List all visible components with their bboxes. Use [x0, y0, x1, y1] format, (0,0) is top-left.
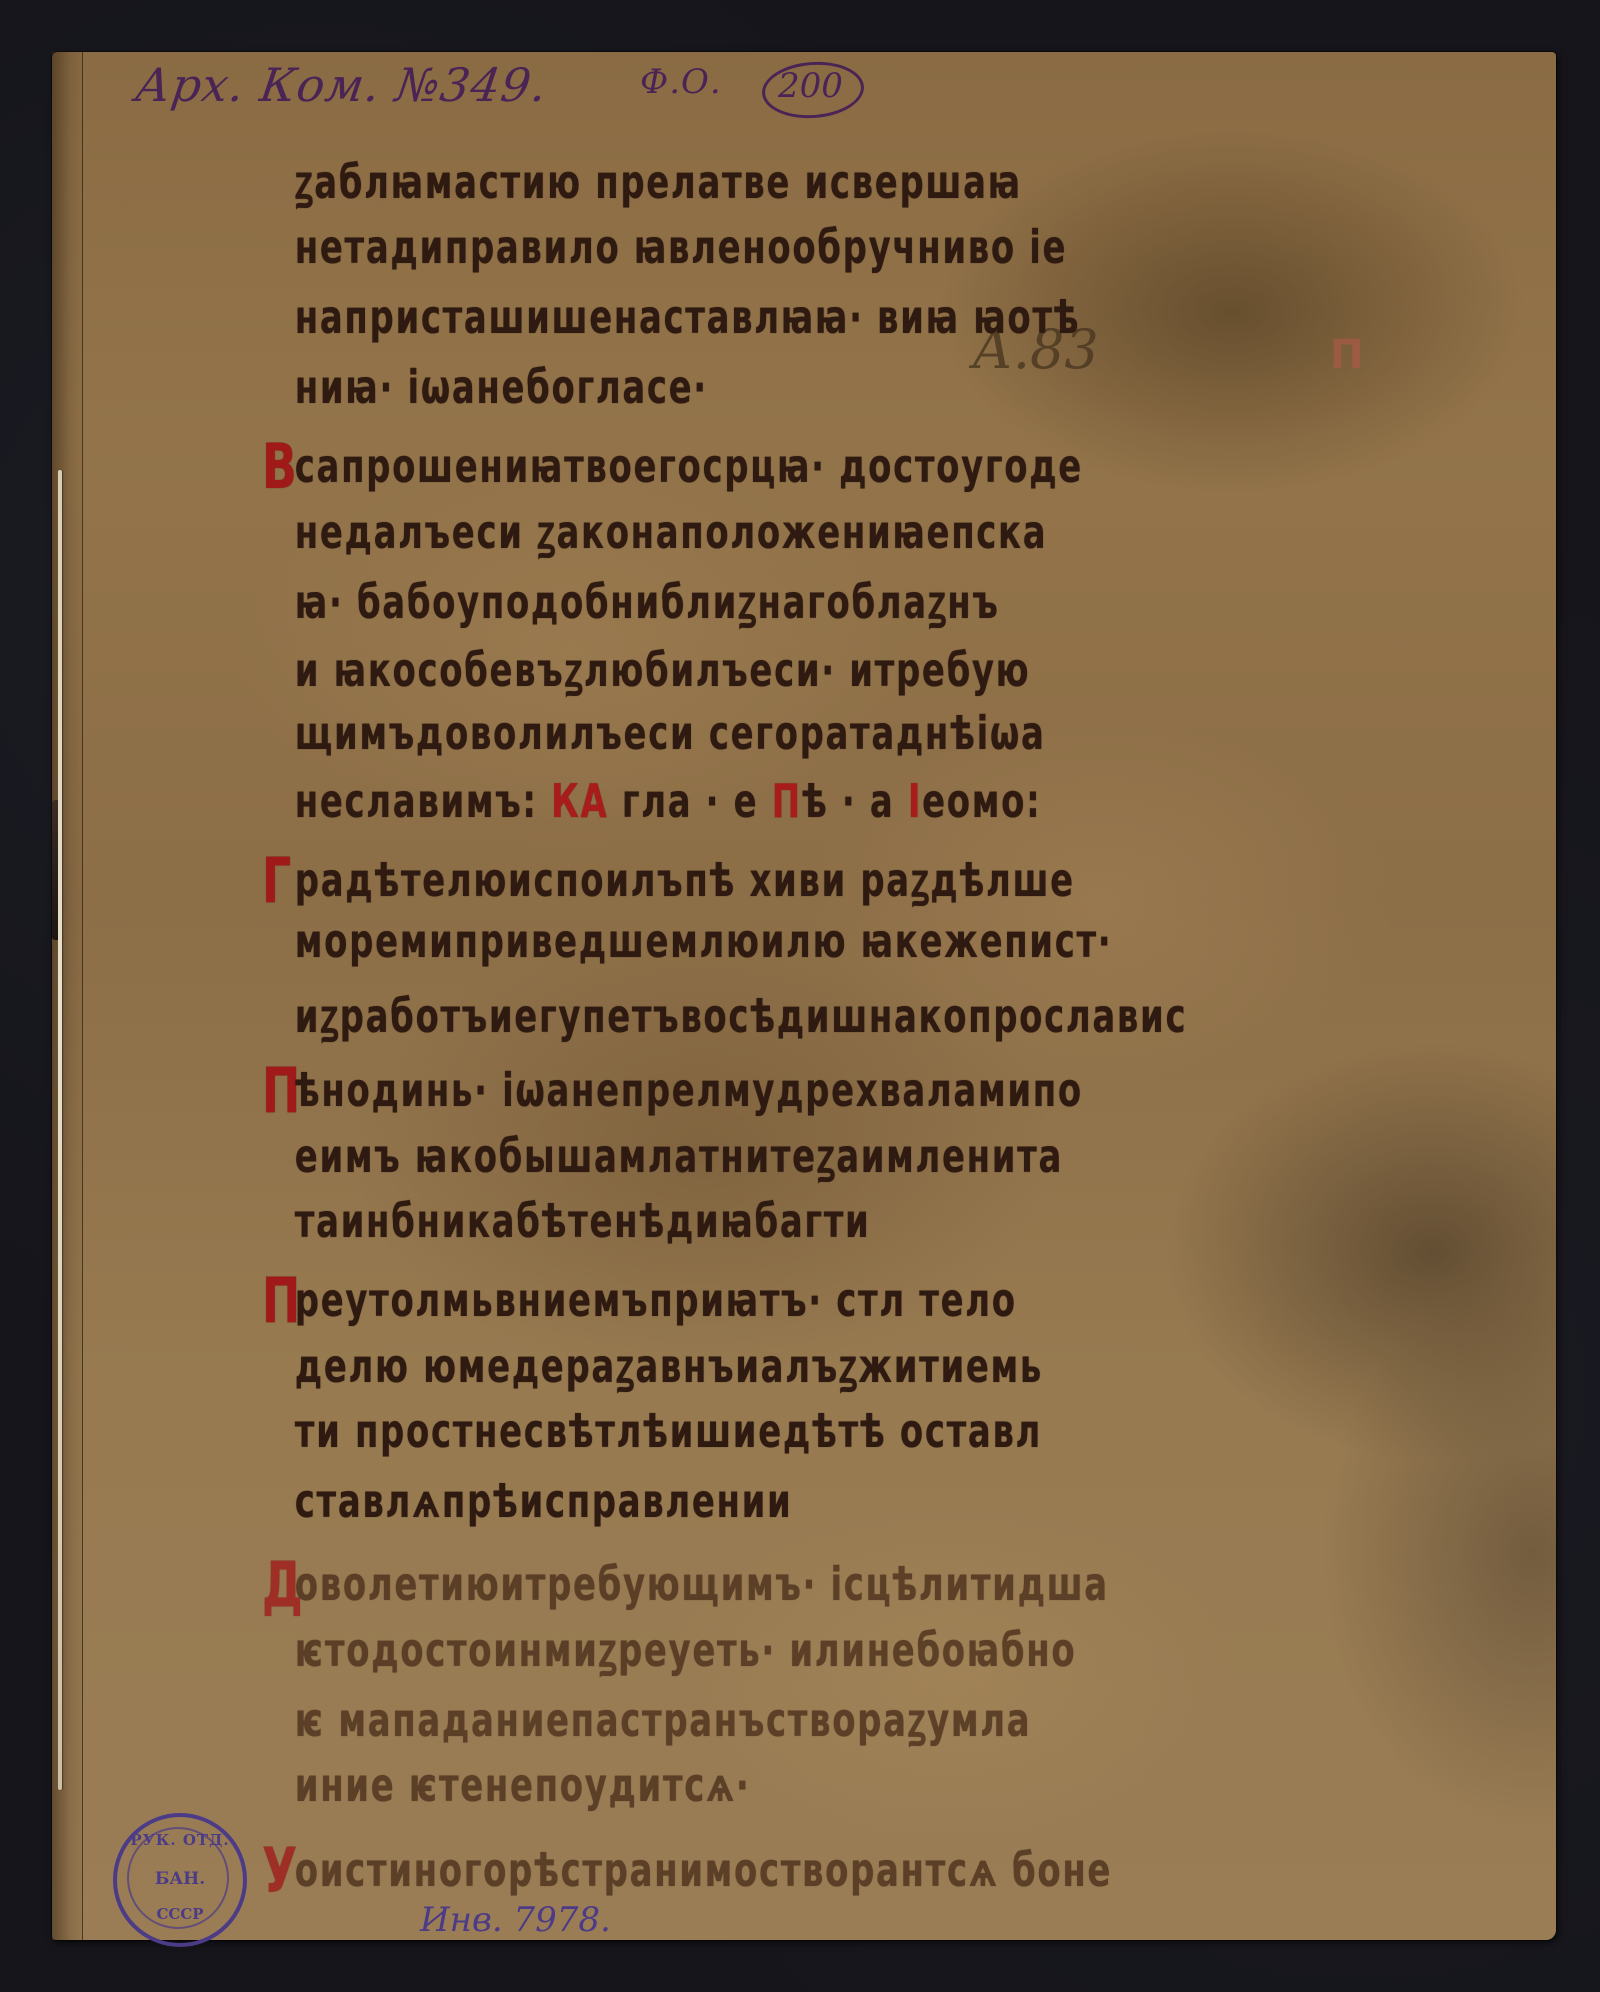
line-text: ꙗ· бабоуподобниблиꙁнагоблаꙁнъ — [295, 575, 1000, 629]
stamp-top-text: РУК. ОТД. — [117, 1831, 243, 1849]
text-line-20: ставлѧпрѣисправлении — [262, 1474, 1320, 1538]
red-initial: Г — [262, 844, 290, 917]
line-text: ѣнодинь· іѡанепрелмудрехваламипо — [295, 1063, 1083, 1117]
line-text: оистиногорѣстранимостворантсѧ боне — [295, 1843, 1112, 1897]
library-stamp: РУК. ОТД. БАН. СССР — [113, 1813, 247, 1947]
line-text: еимъ ꙗкобышамлатнитеꙁаимленита — [295, 1129, 1063, 1183]
text-line-19: ти простнесвѣтлѣишиедѣтѣ оставл — [262, 1404, 1320, 1468]
inventory-number-annotation: Инв. 7978. — [420, 1900, 611, 1940]
line-text: недалъеси ꙁаконаположениꙗепска — [295, 505, 1047, 559]
text-line-25: Уоистиногорѣстранимостворантсѧ боне — [262, 1834, 1320, 1898]
line-text: иꙁработъиегупетъвосѣдишнакопрославис — [295, 989, 1187, 1043]
line-text: иние ѥтенепоудитсѧ· — [295, 1758, 751, 1812]
text-line-7: ꙗ· бабоуподобниблиꙁнагоблаꙁнъ — [262, 570, 1320, 634]
red-initial: П — [262, 1054, 290, 1127]
binding-thread — [58, 470, 62, 1790]
line-text: сапрошениꙗтвоегосрцꙗ· достоугоде — [295, 439, 1083, 493]
red-initial: У — [262, 1834, 290, 1907]
line-text: ти простнесвѣтлѣишиедѣтѣ оставл — [295, 1404, 1042, 1458]
margin-red-letter: П — [1330, 332, 1363, 378]
text-line-9: щимъдоволилъеси сегоратаднѣіѡа — [262, 706, 1320, 770]
line-text: радѣтелюиспоилъпѣ хиви раꙁдѣлше — [295, 853, 1075, 907]
text-line-8: и ꙗкособевъꙁлюбилъеси· итребую — [262, 638, 1320, 702]
rubric-i: І — [908, 774, 922, 828]
rubric-p: П — [772, 774, 802, 828]
text-line-11: Градѣтелюиспоилъпѣ хиви раꙁдѣлше — [262, 844, 1320, 908]
line-text: ѥтодостоинмиꙁреуеть· илинебоꙗбно — [295, 1623, 1077, 1677]
red-initial: В — [262, 430, 290, 503]
text-line-13: иꙁработъиегупетъвосѣдишнакопрославис — [262, 984, 1320, 1048]
text-line-6: недалъеси ꙁаконаположениꙗепска — [262, 500, 1320, 564]
text-line-4: ниꙗ· іѡанебогласе· — [262, 360, 1320, 424]
text-line-18: делю юмедераꙁавнъиалъꙁжитиемь — [262, 1334, 1320, 1398]
line-text: щимъдоволилъеси сегоратаднѣіѡа — [295, 706, 1046, 760]
text-line-10: неславимъ: КА гла · е Пѣ · а Іеомо: — [262, 774, 1320, 838]
line-text: реутолмьвниемъприꙗтъ· стл тело — [295, 1273, 1017, 1327]
text-line-23: ѥ мападаниепастранъствораꙁумла — [262, 1688, 1320, 1752]
binding-spine — [52, 52, 83, 1940]
text-line-2: нетадиправило ꙗвленообручниво іе — [262, 220, 1320, 284]
line-text: и ꙗкособевъꙁлюбилъеси· итребую — [295, 643, 1031, 697]
line-text: напристашишенаставлꙗꙗ· виꙗ ꙗотѣ — [295, 290, 1080, 344]
rubric-ka: КА — [551, 774, 608, 828]
line-text: оволетиюитребующимъ· ісцѣлитидша — [295, 1557, 1109, 1611]
line-text: неславимъ: — [295, 774, 538, 828]
fond-label-annotation: Ф.О. — [640, 62, 722, 102]
fond-number-annotation: 200 — [778, 66, 843, 106]
line-text: ꙁаблꙗмастию прелатве исвершаꙗ — [295, 155, 1022, 209]
stamp-bottom-text: СССР — [117, 1905, 243, 1923]
line-text: ставлѧпрѣисправлении — [295, 1474, 793, 1528]
text-line-1: ꙁаблꙗмастию прелатве исвершаꙗ — [262, 150, 1320, 214]
line-text: ниꙗ· іѡанебогласе· — [295, 360, 708, 414]
line-text: нетадиправило ꙗвленообручниво іе — [295, 220, 1067, 274]
stamp-middle-text: БАН. — [117, 1869, 243, 1889]
text-line-16: таинбникабѣтенѣдиꙗбагти — [262, 1194, 1320, 1258]
red-initial: П — [262, 1264, 290, 1337]
text-line-14: Пѣнодинь· іѡанепрелмудрехваламипо — [262, 1054, 1320, 1118]
line-text: делю юмедераꙁавнъиалъꙁжитиемь — [295, 1339, 1043, 1393]
text-line-21: Доволетиюитребующимъ· ісцѣлитидша — [262, 1548, 1320, 1612]
line-text: таинбникабѣтенѣдиꙗбагти — [295, 1194, 871, 1248]
archive-number-annotation: Арх. Ком. №349. — [132, 58, 551, 112]
text-line-17: Преутолмьвниемъприꙗтъ· стл тело — [262, 1264, 1320, 1328]
line-text: моремиприведшемлюилю ꙗкежепист· — [295, 914, 1113, 968]
line-text: ѥ мападаниепастранъствораꙁумла — [295, 1693, 1031, 1747]
text-line-5: Всапрошениꙗтвоегосрцꙗ· достоугоде — [262, 430, 1320, 494]
text-line-15: еимъ ꙗкобышамлатнитеꙁаимленита — [262, 1124, 1320, 1188]
text-line-24: иние ѥтенепоудитсѧ· — [262, 1758, 1320, 1822]
text-line-12: моремиприведшемлюилю ꙗкежепист· — [262, 914, 1320, 978]
text-line-3: напристашишенаставлꙗꙗ· виꙗ ꙗотѣ — [262, 290, 1320, 354]
red-initial: Д — [262, 1548, 290, 1621]
text-line-22: ѥтодостоинмиꙁреуеть· илинебоꙗбно — [262, 1618, 1320, 1682]
